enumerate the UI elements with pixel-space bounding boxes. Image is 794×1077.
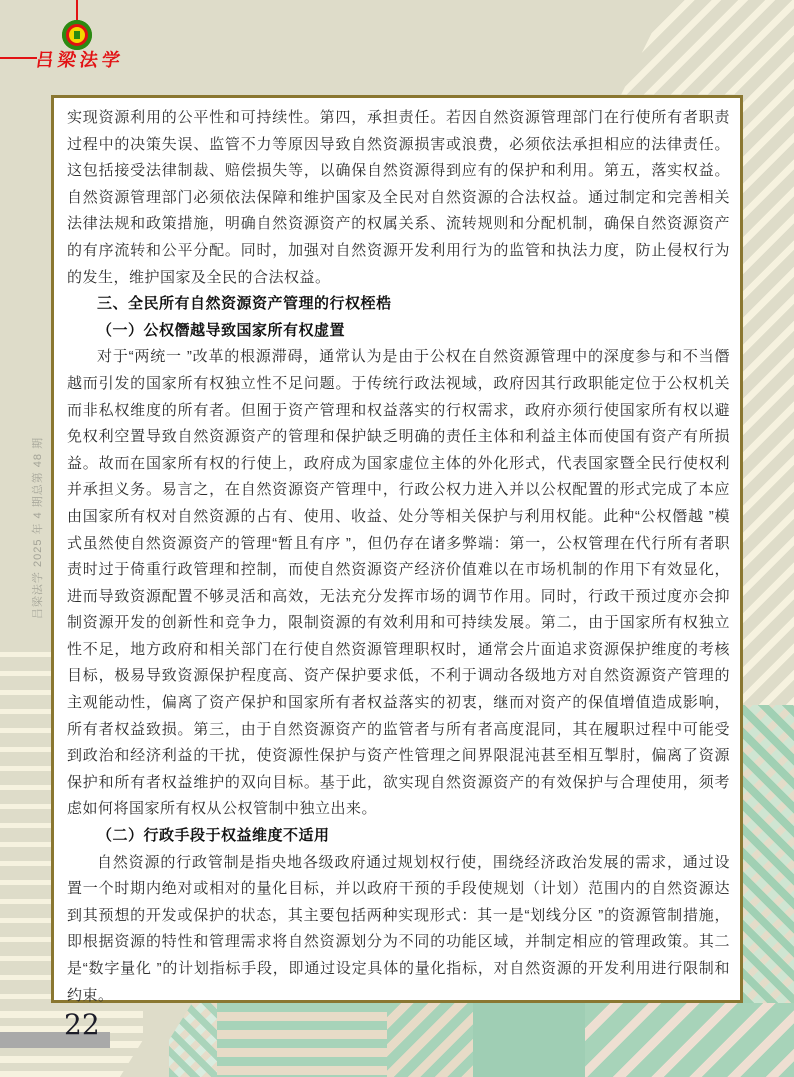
page-number: 22	[64, 1008, 100, 1041]
journal-emblem-core	[74, 31, 80, 39]
subsection-2-paragraph: 自然资源的行政管制是指央地各级政府通过规划权行使，围绕经济政治发展的需求，通过设…	[67, 850, 730, 1010]
bottom-horizontal-stripes	[217, 1003, 387, 1077]
subsection-1-heading: （一）公权僭越导致国家所有权虚置	[67, 318, 730, 345]
paragraph-continuation: 实现资源利用的公平性和可持续性。第四，承担责任。若因自然资源管理部门在行使所有者…	[67, 105, 730, 291]
subsection-2-heading: （二）行政手段于权益维度不适用	[67, 823, 730, 850]
bottom-solid-mint	[473, 1003, 585, 1077]
bottom-diagonal-stripes-1	[387, 1003, 473, 1077]
journal-emblem-inner	[66, 24, 88, 46]
bottom-diagonal-stripes-2	[585, 1003, 794, 1077]
bottom-geometric-band	[0, 1003, 794, 1077]
article-page-body: 实现资源利用的公平性和可持续性。第四，承担责任。若因自然资源管理部门在行使所有者…	[51, 95, 743, 1003]
issue-side-label: 吕梁法学 2025 年 4 期总第 48 期	[29, 433, 45, 623]
section-heading: 三、全民所有自然资源资产管理的行权桎梏	[67, 291, 730, 318]
journal-title: 吕梁法学	[34, 46, 126, 72]
subsection-1-paragraph: 对于“两统一 ”改革的根源滞碍，通常认为是由于公权在自然资源管理中的深度参与和不…	[67, 344, 730, 823]
red-horizontal-rule	[0, 57, 37, 59]
green-crosshatch-right-edge	[743, 705, 794, 1003]
